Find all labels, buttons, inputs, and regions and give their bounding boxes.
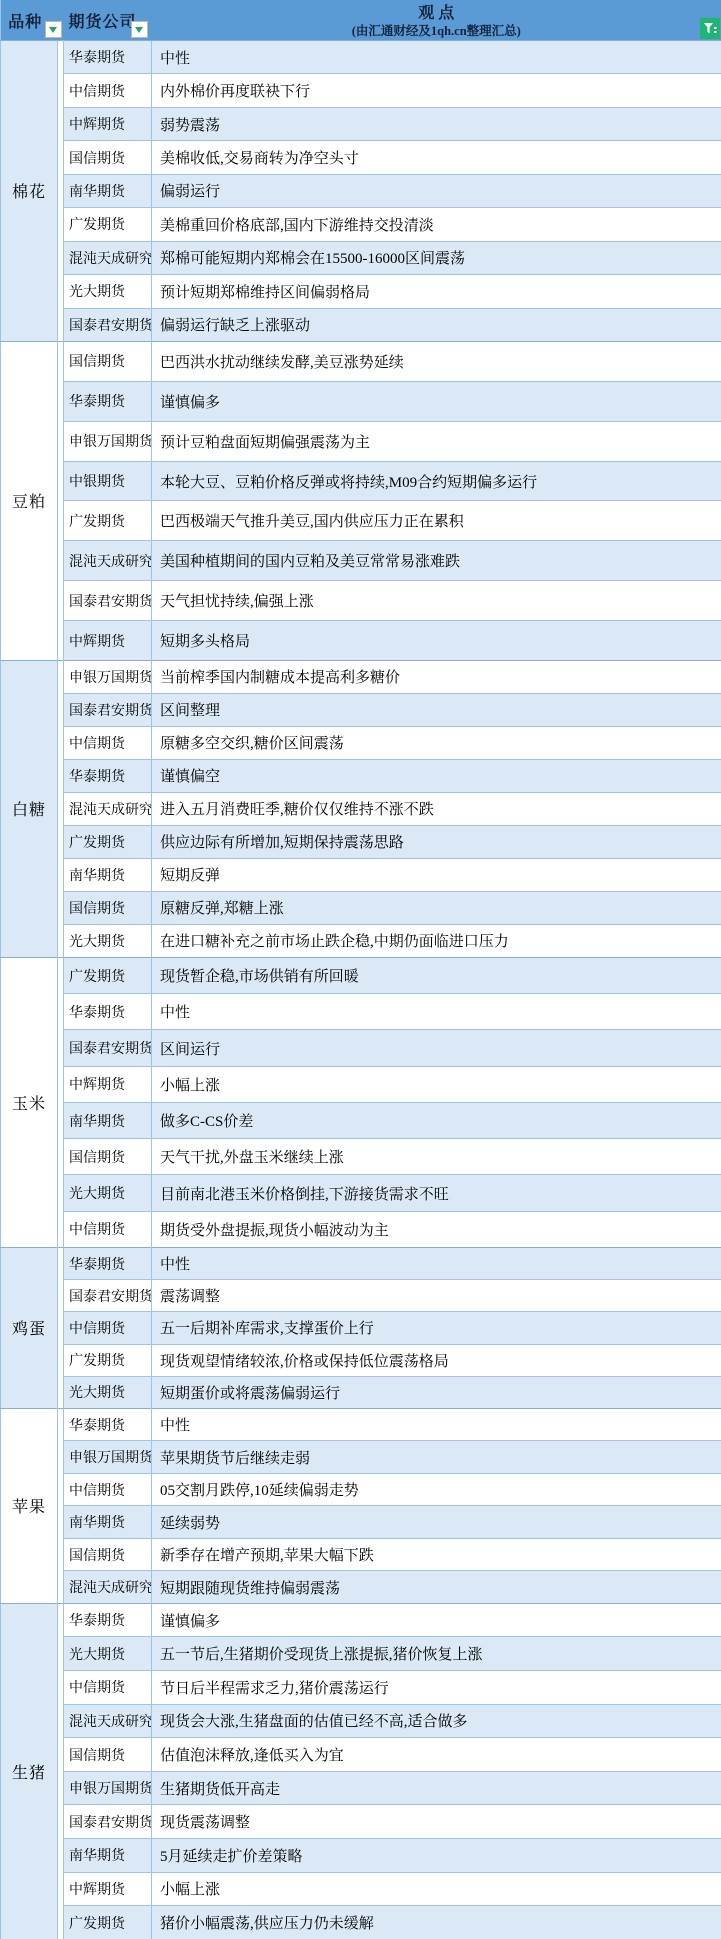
futures-table-body: 棉花华泰期货中性中信期货内外棉价再度联袂下行中辉期货弱势震荡国信期货美棉收低,交… bbox=[1, 41, 721, 1939]
view-cell: 小幅上涨 bbox=[152, 1066, 721, 1102]
company-cell: 国信期货 bbox=[64, 141, 152, 174]
view-cell: 偏弱运行缺乏上涨驱动 bbox=[152, 308, 721, 341]
table-row: 南华期货短期反弹 bbox=[1, 858, 721, 891]
company-cell: 国信期货 bbox=[64, 1538, 152, 1571]
view-cell: 内外棉价再度联袂下行 bbox=[152, 74, 721, 107]
view-cell: 天气担忧持续,偏强上涨 bbox=[152, 581, 721, 621]
view-cell: 区间运行 bbox=[152, 1030, 721, 1066]
company-cell: 光大期货 bbox=[64, 275, 152, 308]
view-cell: 预计短期郑棉维持区间偏弱格局 bbox=[152, 275, 721, 308]
company-cell: 混沌天成研究 bbox=[64, 1704, 152, 1738]
table-row: 混沌天成研究郑棉可能短期内郑棉会在15500-16000区间震荡 bbox=[1, 241, 721, 274]
view-cell: 美国种植期间的国内豆粕及美豆常常易涨难跌 bbox=[152, 541, 721, 581]
company-cell: 华泰期货 bbox=[64, 1247, 152, 1279]
company-cell: 混沌天成研究 bbox=[64, 792, 152, 825]
view-cell: 中性 bbox=[152, 41, 721, 74]
view-cell: 中性 bbox=[152, 994, 721, 1030]
table-row: 南华期货5月延续走扩价差策略 bbox=[1, 1839, 721, 1873]
view-cell: 美棉收低,交易商转为净空头寸 bbox=[152, 141, 721, 174]
table-row: 华泰期货谨慎偏多 bbox=[1, 381, 721, 421]
company-cell: 国泰君安期货 bbox=[64, 1805, 152, 1839]
company-cell: 中信期货 bbox=[64, 74, 152, 107]
view-cell: 预计豆粕盘面短期偏强震荡为主 bbox=[152, 421, 721, 461]
company-cell: 申银万国期货 bbox=[64, 421, 152, 461]
view-cell: 05交割月跌停,10延续偏弱走势 bbox=[152, 1473, 721, 1506]
view-cell: 谨慎偏多 bbox=[152, 1603, 721, 1637]
company-cell: 混沌天成研究 bbox=[64, 1571, 152, 1604]
table-row: 光大期货在进口糖补充之前市场止跌企稳,中期仍面临进口压力 bbox=[1, 924, 721, 957]
table-row: 光大期货短期蛋价或将震荡偏弱运行 bbox=[1, 1376, 721, 1408]
company-cell: 中辉期货 bbox=[64, 107, 152, 140]
company-cell: 中信期货 bbox=[64, 1312, 152, 1344]
company-cell: 华泰期货 bbox=[64, 41, 152, 74]
variety-cell: 苹果 bbox=[1, 1408, 58, 1603]
view-cell: 谨慎偏多 bbox=[152, 381, 721, 421]
company-cell: 华泰期货 bbox=[64, 1408, 152, 1441]
variety-cell: 豆粕 bbox=[1, 341, 58, 660]
view-cell: 中性 bbox=[152, 1247, 721, 1279]
view-cell: 做多C-CS价差 bbox=[152, 1102, 721, 1138]
table-row: 光大期货五一节后,生猪期价受现货上涨提振,猪价恢复上涨 bbox=[1, 1637, 721, 1671]
view-cell: 短期蛋价或将震荡偏弱运行 bbox=[152, 1376, 721, 1408]
company-cell: 中辉期货 bbox=[64, 1066, 152, 1102]
table-row: 国信期货原糖反弹,郑糖上涨 bbox=[1, 891, 721, 924]
variety-cell: 玉米 bbox=[1, 957, 58, 1247]
company-cell: 南华期货 bbox=[64, 174, 152, 207]
view-cell: 谨慎偏空 bbox=[152, 759, 721, 792]
company-cell: 南华期货 bbox=[64, 1102, 152, 1138]
company-cell: 中信期货 bbox=[64, 1211, 152, 1247]
table-row: 生猪华泰期货谨慎偏多 bbox=[1, 1603, 721, 1637]
view-cell: 进入五月消费旺季,糖价仅仅维持不涨不跌 bbox=[152, 792, 721, 825]
table-row: 国泰君安期货区间运行 bbox=[1, 1030, 721, 1066]
view-header-label: 观 点 bbox=[152, 4, 721, 23]
view-cell: 巴西极端天气推升美豆,国内供应压力正在累积 bbox=[152, 501, 721, 541]
view-cell: 弱势震荡 bbox=[152, 107, 721, 140]
view-cell: 苹果期货节后继续走弱 bbox=[152, 1441, 721, 1474]
view-cell: 5月延续走扩价差策略 bbox=[152, 1839, 721, 1873]
view-cell: 中性 bbox=[152, 1408, 721, 1441]
company-cell: 南华期货 bbox=[64, 858, 152, 891]
column-header-variety: 品种 bbox=[1, 0, 64, 41]
company-cell: 华泰期货 bbox=[64, 381, 152, 421]
table-row: 国泰君安期货区间整理 bbox=[1, 693, 721, 726]
view-cell: 短期反弹 bbox=[152, 858, 721, 891]
table-row: 国泰君安期货天气担忧持续,偏强上涨 bbox=[1, 581, 721, 621]
table-row: 混沌天成研究短期跟随现货维持偏弱震荡 bbox=[1, 1571, 721, 1604]
table-row: 混沌天成研究进入五月消费旺季,糖价仅仅维持不涨不跌 bbox=[1, 792, 721, 825]
view-cell: 生猪期货低开高走 bbox=[152, 1771, 721, 1805]
table-row: 混沌天成研究现货会大涨,生猪盘面的估值已经不高,适合做多 bbox=[1, 1704, 721, 1738]
view-cell: 现货暂企稳,市场供销有所回暖 bbox=[152, 957, 721, 993]
view-cell: 偏弱运行 bbox=[152, 174, 721, 207]
view-cell: 郑棉可能短期内郑棉会在15500-16000区间震荡 bbox=[152, 241, 721, 274]
table-row: 中信期货内外棉价再度联袂下行 bbox=[1, 74, 721, 107]
column-header-view: 观 点 (由汇通财经及1qh.cn整理汇总) bbox=[152, 0, 721, 41]
company-cell: 光大期货 bbox=[64, 1175, 152, 1211]
table-row: 申银万国期货预计豆粕盘面短期偏强震荡为主 bbox=[1, 421, 721, 461]
view-cell: 本轮大豆、豆粕价格反弹或将持续,M09合约短期偏多运行 bbox=[152, 461, 721, 501]
table-row: 混沌天成研究美国种植期间的国内豆粕及美豆常常易涨难跌 bbox=[1, 541, 721, 581]
table-row: 光大期货预计短期郑棉维持区间偏弱格局 bbox=[1, 275, 721, 308]
company-cell: 中辉期货 bbox=[64, 1872, 152, 1906]
variety-filter-dropdown-button[interactable] bbox=[45, 21, 62, 38]
variety-cell: 棉花 bbox=[1, 41, 58, 342]
table-row: 豆粕国信期货巴西洪水扰动继续发酵,美豆涨势延续 bbox=[1, 341, 721, 381]
company-cell: 国信期货 bbox=[64, 1139, 152, 1175]
company-cell: 中银期货 bbox=[64, 461, 152, 501]
company-cell: 广发期货 bbox=[64, 501, 152, 541]
view-cell: 天气干扰,外盘玉米继续上涨 bbox=[152, 1139, 721, 1175]
table-row: 国泰君安期货震荡调整 bbox=[1, 1280, 721, 1312]
chevron-down-icon bbox=[135, 27, 143, 33]
variety-cell: 生猪 bbox=[1, 1603, 58, 1939]
company-cell: 华泰期货 bbox=[64, 1603, 152, 1637]
table-row: 国泰君安期货偏弱运行缺乏上涨驱动 bbox=[1, 308, 721, 341]
table-row: 南华期货延续弱势 bbox=[1, 1506, 721, 1539]
table-row: 广发期货猪价小幅震荡,供应压力仍未缓解 bbox=[1, 1906, 721, 1939]
company-cell: 申银万国期货 bbox=[64, 1771, 152, 1805]
table-row: 中信期货原糖多空交织,糖价区间震荡 bbox=[1, 726, 721, 759]
company-cell: 广发期货 bbox=[64, 1344, 152, 1376]
company-cell: 中信期货 bbox=[64, 726, 152, 759]
table-row: 中辉期货短期多头格局 bbox=[1, 621, 721, 661]
company-cell: 广发期货 bbox=[64, 957, 152, 993]
table-row: 南华期货做多C-CS价差 bbox=[1, 1102, 721, 1138]
table-row: 国信期货新季存在增产预期,苹果大幅下跌 bbox=[1, 1538, 721, 1571]
view-cell: 美棉重回价格底部,国内下游维持交投清淡 bbox=[152, 208, 721, 241]
table-row: 国信期货天气干扰,外盘玉米继续上涨 bbox=[1, 1139, 721, 1175]
company-cell: 南华期货 bbox=[64, 1839, 152, 1873]
view-cell: 估值泡沫释放,逢低买入为宜 bbox=[152, 1738, 721, 1772]
company-cell: 华泰期货 bbox=[64, 994, 152, 1030]
view-cell: 震荡调整 bbox=[152, 1280, 721, 1312]
table-row: 南华期货偏弱运行 bbox=[1, 174, 721, 207]
table-row: 光大期货目前南北港玉米价格倒挂,下游接货需求不旺 bbox=[1, 1175, 721, 1211]
table-row: 国泰君安期货现货震荡调整 bbox=[1, 1805, 721, 1839]
view-cell: 小幅上涨 bbox=[152, 1872, 721, 1906]
table-row: 中信期货期货受外盘提振,现货小幅波动为主 bbox=[1, 1211, 721, 1247]
table-row: 广发期货巴西极端天气推升美豆,国内供应压力正在累积 bbox=[1, 501, 721, 541]
company-cell: 中信期货 bbox=[64, 1473, 152, 1506]
table-row: 国信期货估值泡沫释放,逢低买入为宜 bbox=[1, 1738, 721, 1772]
view-cell: 目前南北港玉米价格倒挂,下游接货需求不旺 bbox=[152, 1175, 721, 1211]
company-cell: 国泰君安期货 bbox=[64, 581, 152, 621]
table-row: 申银万国期货生猪期货低开高走 bbox=[1, 1771, 721, 1805]
table-row: 中辉期货弱势震荡 bbox=[1, 107, 721, 140]
company-cell: 光大期货 bbox=[64, 1637, 152, 1671]
company-cell: 广发期货 bbox=[64, 208, 152, 241]
company-cell: 国信期货 bbox=[64, 891, 152, 924]
view-header-subtitle: (由汇通财经及1qh.cn整理汇总) bbox=[152, 23, 721, 39]
company-cell: 国泰君安期货 bbox=[64, 1030, 152, 1066]
variety-cell: 鸡蛋 bbox=[1, 1247, 58, 1408]
view-cell: 期货受外盘提振,现货小幅波动为主 bbox=[152, 1211, 721, 1247]
view-cell: 延续弱势 bbox=[152, 1506, 721, 1539]
company-cell: 国泰君安期货 bbox=[64, 308, 152, 341]
company-cell: 南华期货 bbox=[64, 1506, 152, 1539]
company-cell: 国信期货 bbox=[64, 1738, 152, 1772]
table-row: 国信期货美棉收低,交易商转为净空头寸 bbox=[1, 141, 721, 174]
view-cell: 五一后期补库需求,支撑蛋价上行 bbox=[152, 1312, 721, 1344]
company-cell: 中辉期货 bbox=[64, 621, 152, 661]
filter-button[interactable] bbox=[700, 18, 720, 39]
view-cell: 原糖多空交织,糖价区间震荡 bbox=[152, 726, 721, 759]
view-cell: 在进口糖补充之前市场止跌企稳,中期仍面临进口压力 bbox=[152, 924, 721, 957]
company-cell: 申银万国期货 bbox=[64, 1441, 152, 1474]
funnel-filter-icon bbox=[703, 22, 717, 36]
table-row: 棉花华泰期货中性 bbox=[1, 41, 721, 74]
view-cell: 现货会大涨,生猪盘面的估值已经不高,适合做多 bbox=[152, 1704, 721, 1738]
table-row: 中银期货本轮大豆、豆粕价格反弹或将持续,M09合约短期偏多运行 bbox=[1, 461, 721, 501]
table-row: 中辉期货小幅上涨 bbox=[1, 1066, 721, 1102]
table-row: 苹果华泰期货中性 bbox=[1, 1408, 721, 1441]
table-row: 中信期货节日后半程需求乏力,猪价震荡运行 bbox=[1, 1671, 721, 1705]
view-cell: 当前榨季国内制糖成本提高利多糖价 bbox=[152, 660, 721, 693]
company-cell: 国信期货 bbox=[64, 341, 152, 381]
chevron-down-icon bbox=[49, 27, 57, 33]
view-cell: 巴西洪水扰动继续发酵,美豆涨势延续 bbox=[152, 341, 721, 381]
column-header-company: 期货公司 bbox=[64, 0, 152, 41]
company-cell: 中信期货 bbox=[64, 1671, 152, 1705]
company-cell: 华泰期货 bbox=[64, 759, 152, 792]
view-cell: 现货震荡调整 bbox=[152, 1805, 721, 1839]
company-cell: 混沌天成研究 bbox=[64, 241, 152, 274]
view-cell: 短期多头格局 bbox=[152, 621, 721, 661]
view-cell: 原糖反弹,郑糖上涨 bbox=[152, 891, 721, 924]
company-cell: 申银万国期货 bbox=[64, 660, 152, 693]
view-cell: 五一节后,生猪期价受现货上涨提振,猪价恢复上涨 bbox=[152, 1637, 721, 1671]
table-row: 玉米广发期货现货暂企稳,市场供销有所回暖 bbox=[1, 957, 721, 993]
company-cell: 光大期货 bbox=[64, 924, 152, 957]
table-row: 中辉期货小幅上涨 bbox=[1, 1872, 721, 1906]
table-row: 广发期货现货观望情绪较浓,价格或保持低位震荡格局 bbox=[1, 1344, 721, 1376]
table-row: 中信期货五一后期补库需求,支撑蛋价上行 bbox=[1, 1312, 721, 1344]
company-cell: 混沌天成研究 bbox=[64, 541, 152, 581]
table-row: 华泰期货谨慎偏空 bbox=[1, 759, 721, 792]
table-row: 鸡蛋华泰期货中性 bbox=[1, 1247, 721, 1279]
company-cell: 国泰君安期货 bbox=[64, 1280, 152, 1312]
table-row: 中信期货05交割月跌停,10延续偏弱走势 bbox=[1, 1473, 721, 1506]
company-cell: 国泰君安期货 bbox=[64, 693, 152, 726]
view-cell: 猪价小幅震荡,供应压力仍未缓解 bbox=[152, 1906, 721, 1939]
view-cell: 短期跟随现货维持偏弱震荡 bbox=[152, 1571, 721, 1604]
header-row: 品种 期货公司 观 点 (由汇通财经及1qh.cn整理汇总) bbox=[1, 0, 721, 41]
table-row: 申银万国期货苹果期货节后继续走弱 bbox=[1, 1441, 721, 1474]
table-row: 广发期货美棉重回价格底部,国内下游维持交投清淡 bbox=[1, 208, 721, 241]
table-row: 白糖申银万国期货当前榨季国内制糖成本提高利多糖价 bbox=[1, 660, 721, 693]
futures-table: 品种 期货公司 观 点 (由汇通财经及1qh.cn整理汇总) bbox=[0, 0, 721, 1939]
view-cell: 新季存在增产预期,苹果大幅下跌 bbox=[152, 1538, 721, 1571]
view-cell: 供应边际有所增加,短期保持震荡思路 bbox=[152, 825, 721, 858]
view-cell: 区间整理 bbox=[152, 693, 721, 726]
variety-cell: 白糖 bbox=[1, 660, 58, 957]
view-cell: 节日后半程需求乏力,猪价震荡运行 bbox=[152, 1671, 721, 1705]
view-cell: 现货观望情绪较浓,价格或保持低位震荡格局 bbox=[152, 1344, 721, 1376]
company-filter-dropdown-button[interactable] bbox=[131, 21, 148, 38]
company-cell: 广发期货 bbox=[64, 1906, 152, 1939]
company-cell: 光大期货 bbox=[64, 1376, 152, 1408]
table-row: 广发期货供应边际有所增加,短期保持震荡思路 bbox=[1, 825, 721, 858]
company-cell: 广发期货 bbox=[64, 825, 152, 858]
company-header-label: 期货公司 bbox=[64, 9, 137, 32]
table-row: 华泰期货中性 bbox=[1, 994, 721, 1030]
